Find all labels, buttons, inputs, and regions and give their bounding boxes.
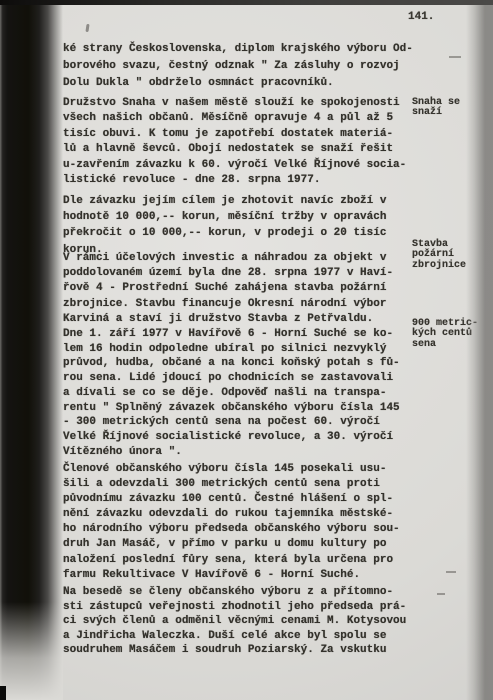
pencil-mark xyxy=(449,56,461,58)
paragraph-zavazek-hodnota: Dle závazku jejím cílem je zhotovit naví… xyxy=(63,193,413,258)
scan-top-edge-shadow xyxy=(0,0,493,5)
scan-right-edge-shadow xyxy=(466,0,493,700)
ink-smudge xyxy=(85,24,89,32)
scan-corner-mark xyxy=(0,686,6,700)
paragraph-pruvod-seno: Dne 1. září 1977 v Havířově 6 - Horní Su… xyxy=(63,327,413,459)
pencil-mark xyxy=(437,593,445,595)
paragraph-dukla-awards: ké strany Československa, diplom krajské… xyxy=(63,41,413,93)
paragraph-druzstvo-snaha: Družstvo Snaha v našem městě slouží ke s… xyxy=(63,96,413,188)
paragraph-pozarni-zbrojnice: V rámci účelových investic a náhradou za… xyxy=(63,251,413,327)
scan-gutter-shadow xyxy=(0,0,63,700)
scanned-page: 141. ké strany Československa, diplom kr… xyxy=(0,0,493,700)
pencil-mark xyxy=(446,571,456,573)
page-number: 141. xyxy=(408,11,434,23)
paragraph-beseda: Na besedě se členy občanského výboru z a… xyxy=(63,585,413,658)
paragraph-obcansky-vybor: Členové občanského výboru čísla 145 pose… xyxy=(63,462,413,583)
